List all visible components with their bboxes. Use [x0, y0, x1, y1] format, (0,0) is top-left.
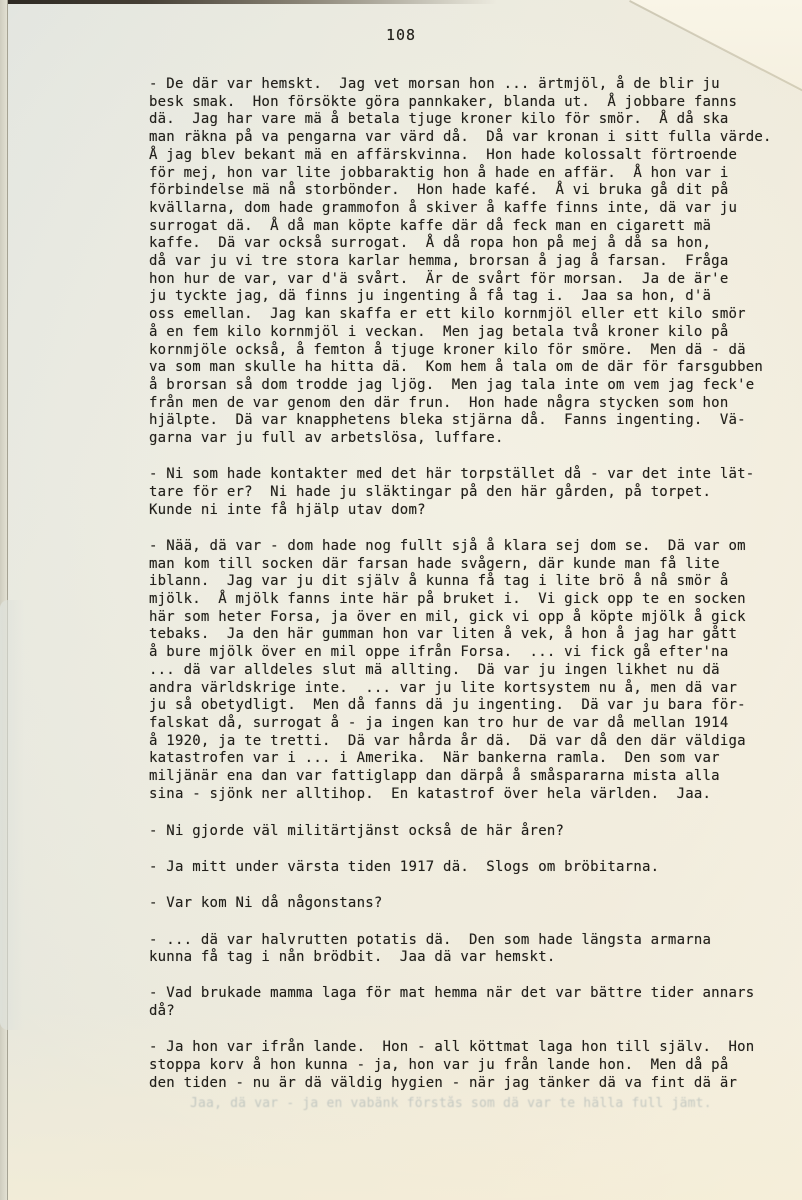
- paragraph-question-2: - Ni gjorde väl militärtjänst också de h…: [149, 823, 779, 841]
- paragraph-question-3: - Var kom Ni då någonstans?: [149, 895, 779, 913]
- paragraph-answer-2: - Nää, dä var - dom hade nog fullt sjå å…: [149, 538, 779, 804]
- paragraph-answer-5: - Ja hon var ifrån lande. Hon - all kött…: [149, 1039, 779, 1092]
- paragraph-question-1: - Ni som hade kontakter med det här torp…: [149, 466, 779, 519]
- paragraph-answer-4: - ... dä var halvrutten potatis dä. Den …: [149, 932, 779, 967]
- scanned-document-page: 108 - De där var hemskt. Jag vet morsan …: [0, 0, 802, 1200]
- underlying-page-edge: [0, 600, 24, 1030]
- paragraph-question-4: - Vad brukade mamma laga för mat hemma n…: [149, 985, 779, 1020]
- page-number: 108: [0, 26, 802, 44]
- transcript-text-block: - De där var hemskt. Jag vet morsan hon …: [149, 76, 779, 1111]
- paragraph-answer-1: - De där var hemskt. Jag vet morsan hon …: [149, 76, 779, 448]
- paragraph-answer-3: - Ja mitt under värsta tiden 1917 dä. Sl…: [149, 859, 779, 877]
- reverse-side-bleedthrough-text: Jaa, dä var - ja en vabänk förstås som d…: [190, 1096, 712, 1111]
